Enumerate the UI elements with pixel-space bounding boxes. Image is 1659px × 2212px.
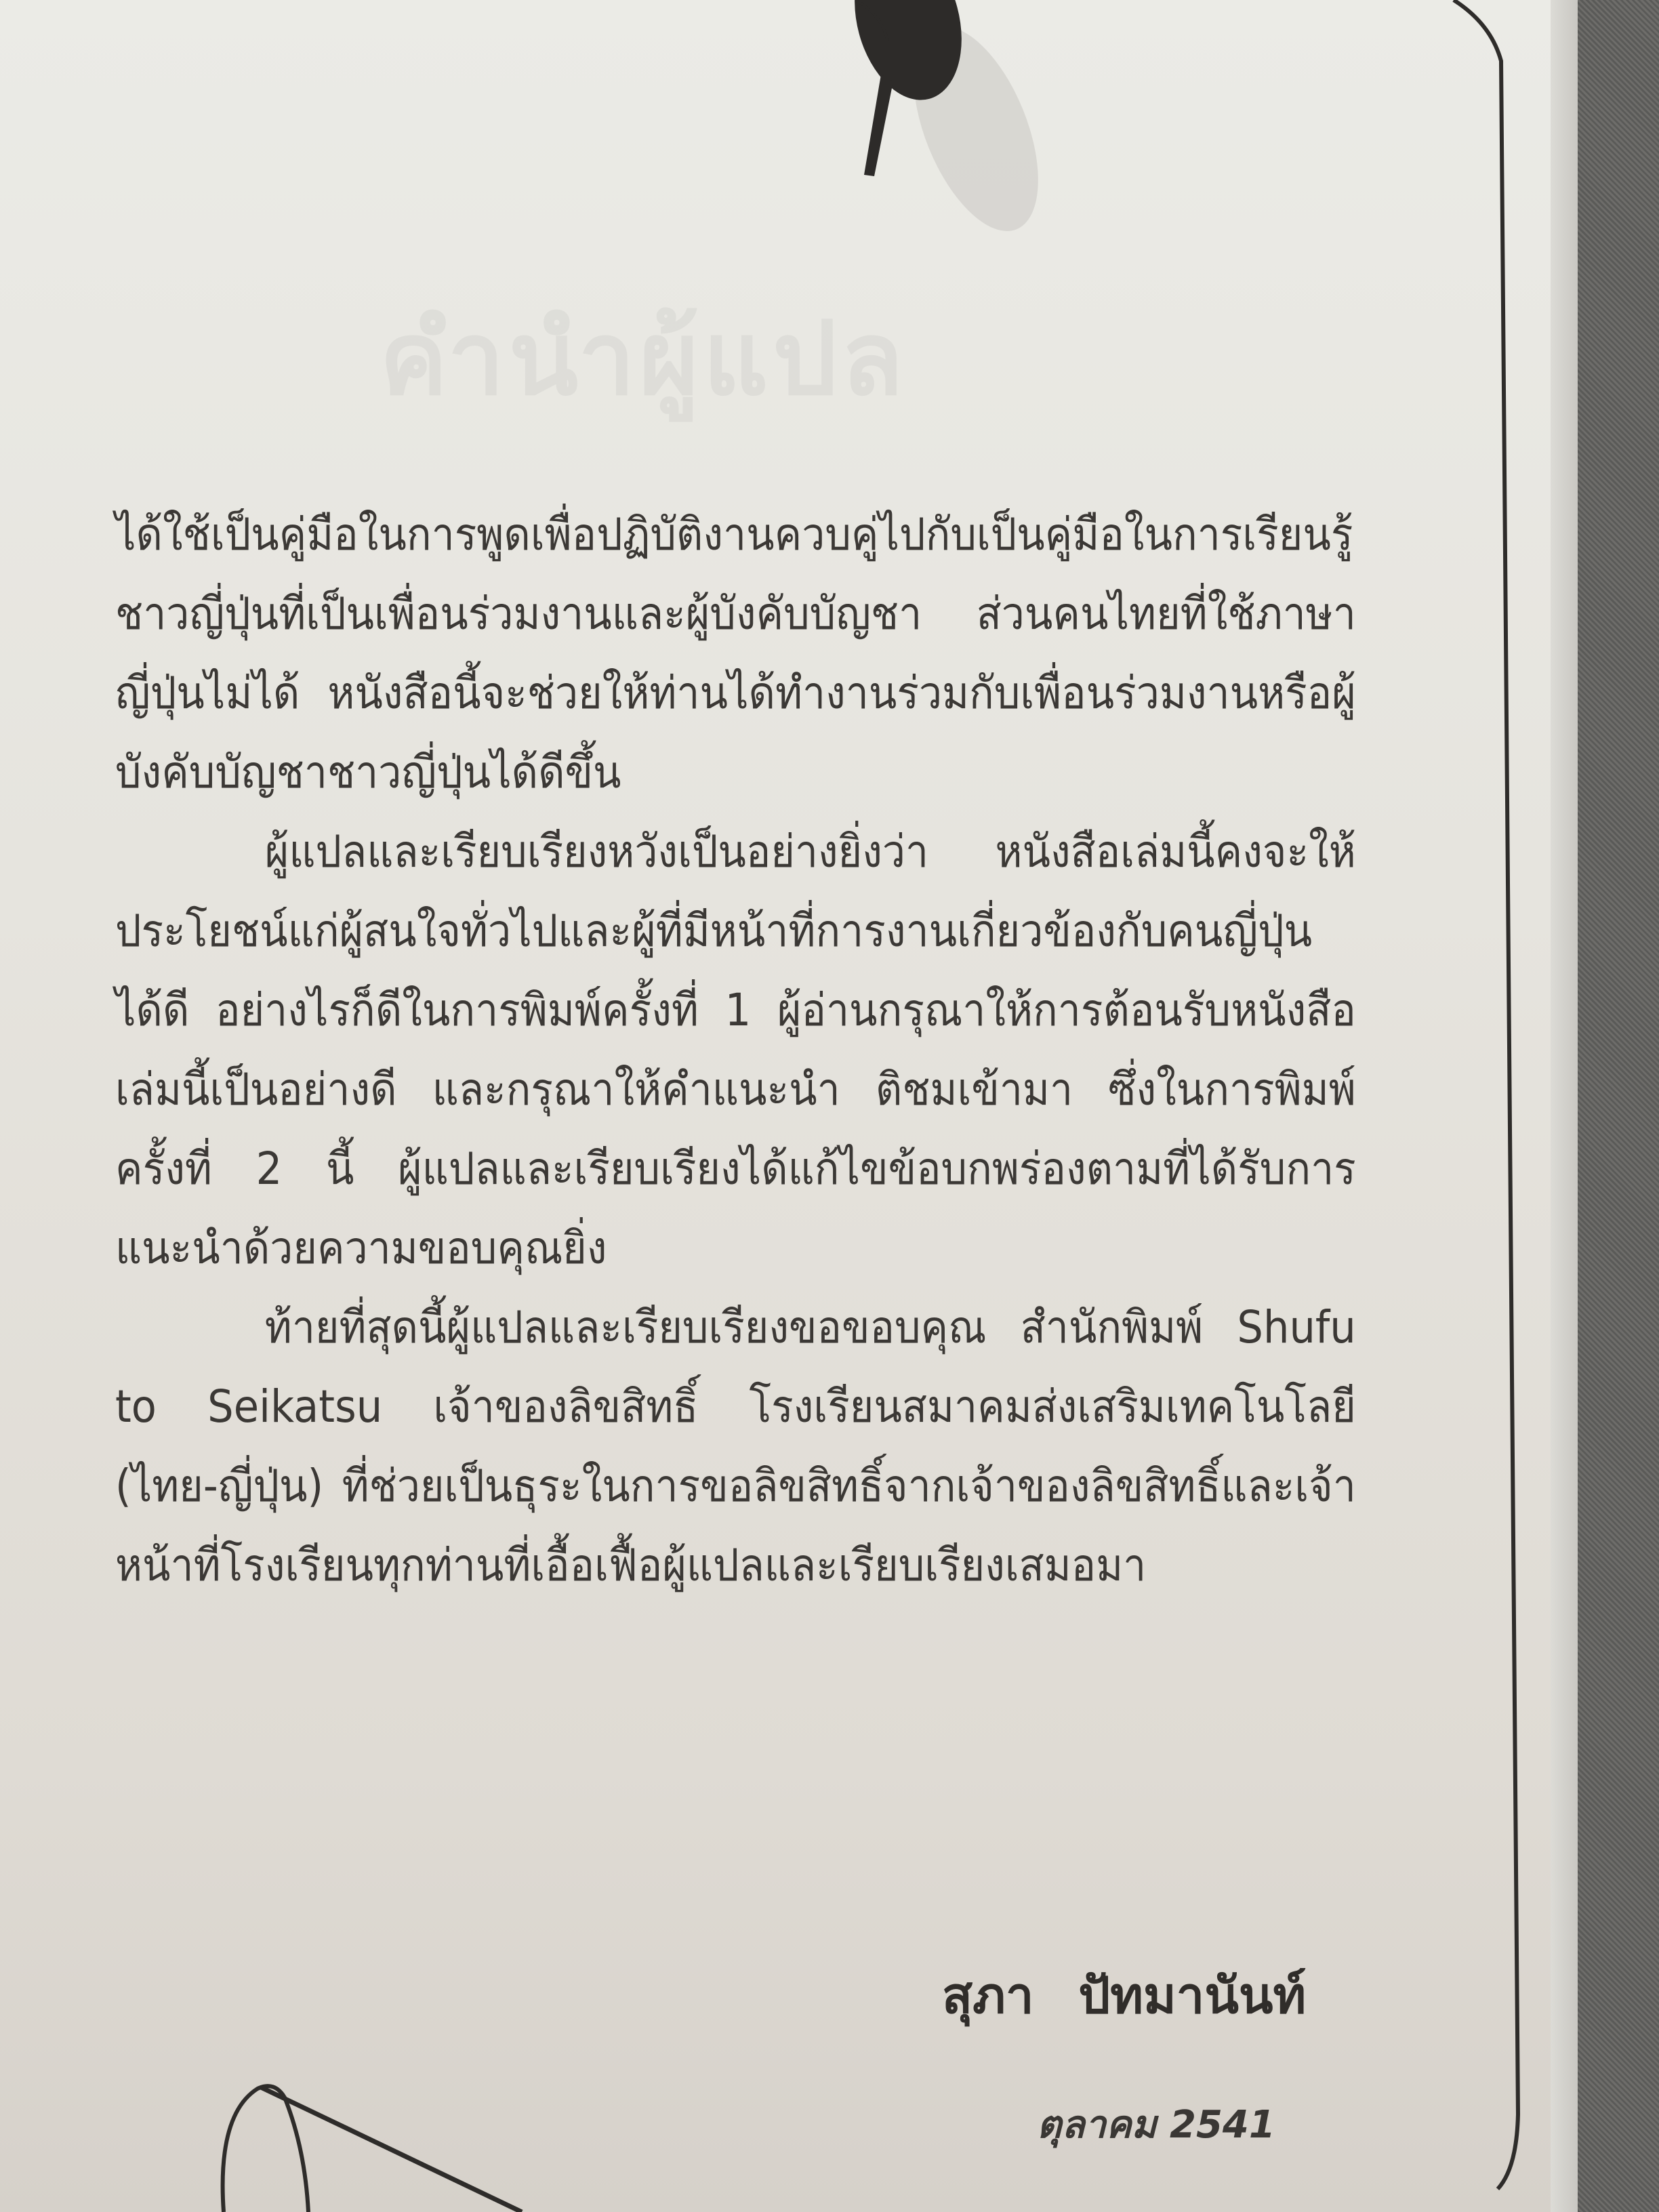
scroll-curl-icon [223,2086,522,2212]
paragraph-2: ผู้แปลและเรียบเรียงหวังเป็นอย่างยิ่งว่า … [115,812,1356,1288]
show-through-heading: คำนำผู้แปล [380,278,907,439]
signature-date: ตุลาคม 2541 [1037,2094,1275,2154]
body-text: ได้ใช้เป็นคู่มือในการพูดเพื่อปฏิบัติงานค… [115,495,1356,1605]
pin-icon [838,0,1063,248]
author-signature: สุภา ปัทมานันท์ [942,1955,1306,2035]
paragraph-3: ท้ายที่สุดนี้ผู้แปลและเรียบเรียงขอขอบคุณ… [115,1288,1356,1605]
scroll-frame-right [1454,0,1518,2189]
paragraph-1: ได้ใช้เป็นคู่มือในการพูดเพื่อปฏิบัติงานค… [115,495,1356,812]
book-page: คำนำผู้แปล ได้ใช้เป็นคู่มือในการพูดเพื่อ… [0,0,1659,2212]
